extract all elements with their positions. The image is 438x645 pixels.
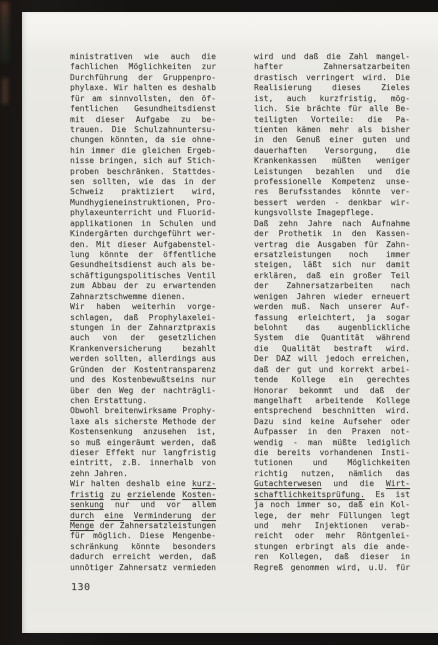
- text-line: Der DAZ will jedoch erreichen,: [254, 354, 410, 364]
- text-line: werden sollten, allerdings aus: [70, 354, 216, 364]
- text-line: schränkung könnte besonders: [70, 542, 216, 552]
- text-line: ministrativen wie auch die: [70, 52, 216, 62]
- text-line: proben beschränken. Stattdes-: [70, 167, 216, 177]
- text-line: stungen erbringt als die ande-: [254, 542, 410, 552]
- text-line: Gesundheitsdienst auch als be-: [70, 260, 216, 270]
- text-line: Dazu sind keine Aufseher oder: [254, 417, 410, 427]
- text-line: Leistungen bezahlen und die: [254, 167, 410, 177]
- text-line: zehn Jahren.: [70, 469, 216, 479]
- text-line: mit dieser Aufgabe zu be-: [70, 115, 216, 125]
- text-line: phylaxe. Wir halten es deshalb: [70, 83, 216, 93]
- text-line: dieser Effekt nur langfristig: [70, 448, 216, 458]
- text-line: bessert werden - denkbar wir-: [254, 198, 410, 208]
- text-line: für am sinnvollsten, den öf-: [70, 94, 216, 104]
- text-line: wenigen Jahren wieder erneuert: [254, 292, 410, 302]
- text-line: stungen in der Zahnarztpraxis: [70, 323, 216, 333]
- text-line: tutionen und Möglichkeiten: [254, 458, 410, 468]
- text-line: wendig - man müßte lediglich: [254, 438, 410, 448]
- text-line: phylaxeunterricht und Fluorid-: [70, 208, 216, 218]
- text-line: für möglich. Diese Mengenbe-: [70, 531, 216, 541]
- text-line: Honorar bekommt und daß der: [254, 386, 410, 396]
- text-line: Mundhygieneinstruktionen, Pro-: [70, 198, 216, 208]
- text-line: System die Quantität während: [254, 333, 410, 343]
- text-line: hin immer die gleichen Ergeb-: [70, 146, 216, 156]
- text-line: Realisierung dieses Zieles: [254, 83, 410, 93]
- text-line: auch von der gesetzlichen: [70, 333, 216, 343]
- text-line: ja noch immer so, daß ein Kol-: [254, 500, 410, 510]
- text-line: so muß eingeräumt werden, daß: [70, 438, 216, 448]
- text-line: Obwohl breitenwirksame Prophy-: [70, 406, 216, 416]
- text-line: mangelhaft arbeitende Kollege: [254, 396, 410, 406]
- text-line: lung könnte der öffentliche: [70, 250, 216, 260]
- text-line: wird und daß die Zahl mangel-: [254, 52, 410, 62]
- photo-background: ministrativen wie auch diefachlichen Mög…: [0, 0, 438, 645]
- text-line: unnötiger Zahnersatz vermieden: [70, 563, 216, 573]
- text-line: kungsvollste Imagepflege.: [254, 208, 410, 218]
- text-line: senkung nur und vor allem: [70, 500, 216, 510]
- text-line: fentlichen Gesundheitsdienst: [70, 104, 216, 114]
- text-line: res Berufsstandes könnte ver-: [254, 187, 410, 197]
- text-line: die Qualität bestraft wird.: [254, 344, 410, 354]
- text-line: der Prothetik in den Kassen-: [254, 229, 410, 239]
- text-line: vertrag die Ausgaben für Zahn-: [254, 240, 410, 250]
- text-line: Kindergärten durchgeführt wer-: [70, 229, 216, 239]
- text-line: trauen. Die Schulzahnuntersu-: [70, 125, 216, 135]
- text-line: der Zahnersatzarbeiten nach: [254, 281, 410, 291]
- text-line: daß der gut und korrekt arbei-: [254, 365, 410, 375]
- text-line: teiligten Vorteile: die Pa-: [254, 115, 410, 125]
- text-line: über den Weg der nachträgli-: [70, 386, 216, 396]
- text-line: und mehr Injektionen verab-: [254, 521, 410, 531]
- text-line: sen sollten, wie das in der: [70, 177, 216, 187]
- text-line: schäftigungspolitisches Ventil: [70, 271, 216, 281]
- text-line: werden muß. Nach unserer Auf-: [254, 302, 410, 312]
- text-line: Regreß genommen wird, u.U. für: [254, 563, 410, 573]
- text-line: Krankenversicherung bezahlt: [70, 344, 216, 354]
- text-line: fachlichen Möglichkeiten zur: [70, 62, 216, 72]
- text-line: ersatzleistungen noch immer: [254, 250, 410, 260]
- text-line: dauerhaften Versorgung, die: [254, 146, 410, 156]
- text-line: tende Kollege ein gerechtes: [254, 375, 410, 385]
- text-line: dadurch erreicht werden, daß: [70, 552, 216, 562]
- text-line: und des Kostenbewußtseins nur: [70, 375, 216, 385]
- text-line: Wir halten deshalb eine kurz-: [70, 479, 216, 489]
- text-line: Menge der Zahnersatzleistungen: [70, 521, 216, 531]
- text-line: Kostensenkung anzusehen ist,: [70, 427, 216, 437]
- text-column-left: ministrativen wie auch diefachlichen Mög…: [70, 52, 216, 573]
- text-line: zum Abbau der zu erwartenden: [70, 281, 216, 291]
- text-line: richtig nutzen, nämlich das: [254, 469, 410, 479]
- text-line: entsprechend beschnitten wird.: [254, 406, 410, 416]
- text-line: tienten kämen mehr als bisher: [254, 125, 410, 135]
- text-line: die bereits vorhandenen Insti-: [254, 448, 410, 458]
- text-line: professionelle Kompetenz unse-: [254, 177, 410, 187]
- photo-edge-artifact: [0, 2, 9, 62]
- text-line: Durchführung der Gruppenpro-: [70, 73, 216, 83]
- text-line: applikationen in Schulen und: [70, 219, 216, 229]
- text-line: hafter Zahnersatzarbeiten: [254, 62, 410, 72]
- text-line: chungen könnten, da sie ohne-: [70, 135, 216, 145]
- text-line: steigen, läßt sich nur damit: [254, 260, 410, 270]
- text-line: erklären, daß ein großer Teil: [254, 271, 410, 281]
- text-line: den. Mit dieser Aufgabenstel-: [70, 240, 216, 250]
- text-line: Schweiz praktiziert wird,: [70, 187, 216, 197]
- text-line: Gründen der Kostentransparenz: [70, 365, 216, 375]
- text-line: laxe als sicherste Methode der: [70, 417, 216, 427]
- text-line: Aufpasser in den Praxen not-: [254, 427, 410, 437]
- text-line: fristig zu erzielende Kosten-: [70, 490, 216, 500]
- text-line: ist, auch kurzfristig, mög-: [254, 94, 410, 104]
- text-line: Gutachterwesen und die Wirt-: [254, 479, 410, 489]
- text-line: lich. Sie brächte für alle Be-: [254, 104, 410, 114]
- book-page: ministrativen wie auch diefachlichen Mög…: [22, 12, 438, 633]
- text-line: reicht oder mehr Röntgenlei-: [254, 531, 410, 541]
- text-line: lege, der mehr Füllungen legt: [254, 511, 410, 521]
- text-line: in den Genuß einer guten und: [254, 135, 410, 145]
- text-line: schlagen, daß Prophylaxelei-: [70, 313, 216, 323]
- text-line: belohnt das augenblickliche: [254, 323, 410, 333]
- text-line: Krankenkassen müßten weniger: [254, 156, 410, 166]
- text-line: Daß zehn Jahre nach Aufnahme: [254, 219, 410, 229]
- text-line: nisse bringen, sich auf Stich-: [70, 156, 216, 166]
- text-line: fassung erleichtert, ja sogar: [254, 313, 410, 323]
- text-line: ren Kollegen, daß dieser in: [254, 552, 410, 562]
- text-line: durch eine Verminderung der: [70, 511, 216, 521]
- text-line: chen Erstattung.: [70, 396, 216, 406]
- text-line: Zahnarztschwemme dienen.: [70, 292, 216, 302]
- text-line: eintritt, z.B. innerhalb von: [70, 458, 216, 468]
- photo-edge-artifact: [2, 78, 8, 104]
- text-line: drastisch verringert wird. Die: [254, 73, 410, 83]
- text-line: schaftlichkeitsprüfung. Es ist: [254, 490, 410, 500]
- text-line: Wir haben weiterhin vorge-: [70, 302, 216, 312]
- text-column-right: wird und daß die Zahl mangel-hafter Zahn…: [254, 52, 410, 573]
- page-number: 130: [71, 582, 91, 593]
